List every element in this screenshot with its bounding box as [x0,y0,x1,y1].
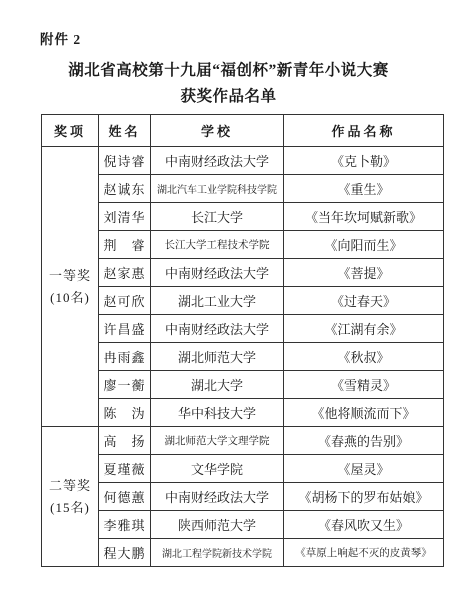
winner-name-cell: 刘清华 [99,203,151,231]
winner-row: 刘清华 长江大学 《当年坎坷赋新歌》 [42,203,444,231]
winner-school-cell: 陕西师范大学 [151,511,284,539]
winner-row: 廖一蘅 湖北大学 《雪精灵》 [42,371,444,399]
attachment-label: 附件 2 [40,28,81,48]
winner-school-cell: 长江大学工程技术学院 [151,231,284,259]
document-title-line2: 获奖作品名单 [0,84,457,110]
winner-school-cell: 湖北师范大学 [151,343,284,371]
winner-work-cell: 《菩提》 [284,259,444,287]
col-header-work: 作品名称 [284,115,444,147]
winner-row: 赵可欣 湖北工业大学 《过春天》 [42,287,444,315]
winner-school-cell: 文华学院 [151,455,284,483]
winner-name-cell: 许昌盛 [99,315,151,343]
winner-work-cell: 《当年坎坷赋新歌》 [284,203,444,231]
winner-work-cell: 《重生》 [284,175,444,203]
winner-work-cell: 《春风吹又生》 [284,511,444,539]
winner-name-cell: 李雅琪 [99,511,151,539]
winner-name-cell: 何德蕙 [99,483,151,511]
winner-name-cell: 夏瑾薇 [99,455,151,483]
winner-name-cell: 赵可欣 [99,287,151,315]
awards-table: 奖项 姓名 学校 作品名称 一等奖 (10名) 倪诗睿 中南财经政法大学 《克卜… [41,114,444,567]
document-page: 附件 2 湖北省高校第十九届“福创杯”新青年小说大赛 获奖作品名单 奖项 姓名 … [0,0,457,592]
table-header-row: 奖项 姓名 学校 作品名称 [42,115,444,147]
document-title-line1: 湖北省高校第十九届“福创杯”新青年小说大赛 [0,58,457,84]
winner-work-cell: 《他将顺流而下》 [284,399,444,427]
winner-school-cell: 湖北师范大学文理学院 [151,427,284,455]
winner-name-cell: 赵诚东 [99,175,151,203]
winner-school-cell: 中南财经政法大学 [151,259,284,287]
winner-row: 程大鹏 湖北工程学院新技术学院 《草原上响起不灭的皮黄琴》 [42,539,444,567]
award-group-first-prize: 一等奖 (10名) [42,147,99,427]
winner-school-cell: 华中科技大学 [151,399,284,427]
winner-row: 冉雨鑫 湖北师范大学 《秋叔》 [42,343,444,371]
winner-work-cell: 《过春天》 [284,287,444,315]
winner-work-cell: 《秋叔》 [284,343,444,371]
winner-name-cell: 倪诗睿 [99,147,151,175]
col-header-name: 姓名 [99,115,151,147]
winner-name-cell: 荆 睿 [99,231,151,259]
winner-name-cell: 冉雨鑫 [99,343,151,371]
winner-row: 赵家惠 中南财经政法大学 《菩提》 [42,259,444,287]
winner-name-cell: 程大鹏 [99,539,151,567]
col-header-school: 学校 [151,115,284,147]
winner-work-cell: 《雪精灵》 [284,371,444,399]
winner-row: 许昌盛 中南财经政法大学 《江湖有余》 [42,315,444,343]
winner-name-cell: 陈 沩 [99,399,151,427]
winner-row: 夏瑾薇 文华学院 《屋灵》 [42,455,444,483]
winner-school-cell: 长江大学 [151,203,284,231]
winner-work-cell: 《江湖有余》 [284,315,444,343]
winner-row: 李雅琪 陕西师范大学 《春风吹又生》 [42,511,444,539]
award-group-count: (15名) [42,497,98,519]
winner-school-cell: 中南财经政法大学 [151,147,284,175]
winner-name-cell: 赵家惠 [99,259,151,287]
winner-row: 赵诚东 湖北汽车工业学院科技学院 《重生》 [42,175,444,203]
winner-work-cell: 《向阳而生》 [284,231,444,259]
winner-school-cell: 湖北汽车工业学院科技学院 [151,175,284,203]
award-group-second-prize: 二等奖 (15名) [42,427,99,567]
winner-row: 荆 睿 长江大学工程技术学院 《向阳而生》 [42,231,444,259]
winner-row: 二等奖 (15名) 高 扬 湖北师范大学文理学院 《春燕的告别》 [42,427,444,455]
winner-school-cell: 湖北工业大学 [151,287,284,315]
award-group-name: 一等奖 [42,265,98,287]
winner-school-cell: 中南财经政法大学 [151,315,284,343]
winner-school-cell: 湖北工程学院新技术学院 [151,539,284,567]
document-title: 湖北省高校第十九届“福创杯”新青年小说大赛 获奖作品名单 [0,58,457,110]
award-group-name: 二等奖 [42,475,98,497]
winner-work-cell: 《草原上响起不灭的皮黄琴》 [284,539,444,567]
winner-row: 何德蕙 中南财经政法大学 《胡杨下的罗布姑娘》 [42,483,444,511]
winner-school-cell: 中南财经政法大学 [151,483,284,511]
winner-work-cell: 《屋灵》 [284,455,444,483]
winner-work-cell: 《克卜勒》 [284,147,444,175]
winner-school-cell: 湖北大学 [151,371,284,399]
award-group-count: (10名) [42,287,98,309]
winner-row: 一等奖 (10名) 倪诗睿 中南财经政法大学 《克卜勒》 [42,147,444,175]
winner-work-cell: 《春燕的告别》 [284,427,444,455]
winner-name-cell: 高 扬 [99,427,151,455]
winner-row: 陈 沩 华中科技大学 《他将顺流而下》 [42,399,444,427]
winner-name-cell: 廖一蘅 [99,371,151,399]
col-header-award: 奖项 [42,115,99,147]
winner-work-cell: 《胡杨下的罗布姑娘》 [284,483,444,511]
